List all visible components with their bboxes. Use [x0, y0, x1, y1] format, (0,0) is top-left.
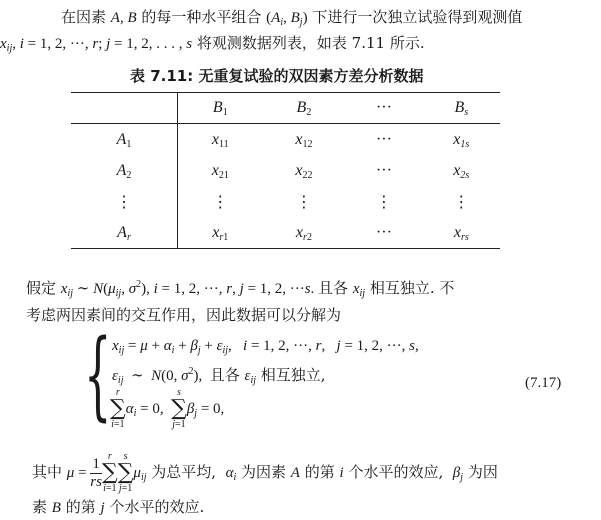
col-header: B1: [178, 93, 263, 124]
table-cell: x1s: [423, 124, 500, 156]
equation-number: (7.17): [525, 375, 561, 392]
text: 且各: [210, 366, 245, 384]
row-header: A1: [71, 124, 178, 156]
intro-line-2: xij, i = 1, 2, ···, r; j = 1, 2, . . . ,…: [0, 32, 425, 53]
row-header: ⋮: [71, 186, 178, 217]
text: 的第: [61, 498, 101, 516]
definition-line-2: 素 B 的第 j 个水平的效应.: [32, 496, 204, 517]
equation-line-2: εij ∼ N(0, σ2), 且各 εij 相互独立,: [112, 364, 326, 385]
text: 且各: [318, 279, 353, 297]
table-corner: [71, 93, 178, 124]
col-header: Bs: [423, 93, 500, 124]
text: 其中: [32, 463, 67, 481]
table-cell: x2s: [423, 155, 500, 186]
assumption-line-1: 假定 xij ∼ N(μij, σ2), i = 1, 2, ···, r, j…: [26, 277, 454, 298]
table-row: ⋮ ⋮ ⋮ ⋮ ⋮: [71, 186, 500, 217]
table-cell: xrs: [423, 217, 500, 249]
table-cell: x12: [263, 124, 346, 156]
table-cell: xr2: [263, 217, 346, 249]
table-cell: ⋮: [178, 186, 263, 217]
row-header: A2: [71, 155, 178, 186]
table-cell: ···: [345, 217, 422, 249]
definition-line-1: 其中 μ = 1rsr∑i=1s∑j=1μij 为总平均, αi 为因素 A 的…: [32, 452, 498, 494]
text: 在因素: [61, 8, 111, 26]
text: 为因素: [236, 463, 291, 481]
equation-line-1: xij = μ + αi + βj + εij, i = 1, 2, ···, …: [112, 336, 419, 355]
table-row: A1 x11 x12 ··· x1s: [71, 124, 500, 156]
table-cell: x21: [178, 155, 263, 186]
text: 个水平的效应,: [344, 463, 444, 481]
table-cell: ···: [345, 124, 422, 156]
table-row: A2 x21 x22 ··· x2s: [71, 155, 500, 186]
table-cell: xr1: [178, 217, 263, 249]
summation-i: r∑i=1: [110, 388, 126, 430]
left-brace: {: [84, 327, 111, 423]
table-caption: 表 7.11: 无重复试验的双因素方差分析数据: [130, 65, 423, 86]
text: 的第: [300, 463, 340, 481]
table-row: Ar xr1 xr2 ··· xrs: [71, 217, 500, 249]
text: 素: [32, 498, 52, 516]
text: 下进行一次独立试验得到观测值: [308, 8, 523, 26]
table-cell: ⋮: [423, 186, 500, 217]
assumption-line-2: 考虑两因素间的交互作用，因此数据可以分解为: [26, 304, 341, 325]
row-header: Ar: [71, 217, 178, 249]
text: 将观测数据列表，如表 7.11 所示.: [192, 34, 424, 52]
text: 的每一种水平组合: [137, 8, 267, 26]
text: 相互独立. 不: [365, 279, 454, 297]
table-cell: ⋮: [263, 186, 346, 217]
text: 为总平均,: [147, 463, 217, 481]
intro-line-1: 在因素 A, B 的每一种水平组合 (Ai, Bj) 下进行一次独立试验得到观测…: [61, 6, 522, 27]
text: 个水平的效应.: [105, 498, 205, 516]
table-cell: ⋮: [345, 186, 422, 217]
col-header: ···: [345, 93, 422, 124]
text: 相互独立,: [256, 366, 326, 384]
fraction: 1rs: [90, 456, 102, 490]
summation-j: s∑j=1: [171, 388, 187, 430]
col-header: B2: [263, 93, 346, 124]
table-header-row: B1 B2 ··· Bs: [71, 93, 500, 124]
equation-line-3: r∑i=1αi = 0, s∑j=1βj = 0,: [110, 388, 224, 430]
text: 为因: [463, 463, 498, 481]
text: 假定: [26, 279, 61, 297]
table-cell: x22: [263, 155, 346, 186]
table-cell: ···: [345, 155, 422, 186]
table-cell: x11: [178, 124, 263, 156]
data-table: B1 B2 ··· Bs A1 x11 x12 ··· x1s A2 x21 x…: [71, 92, 500, 249]
